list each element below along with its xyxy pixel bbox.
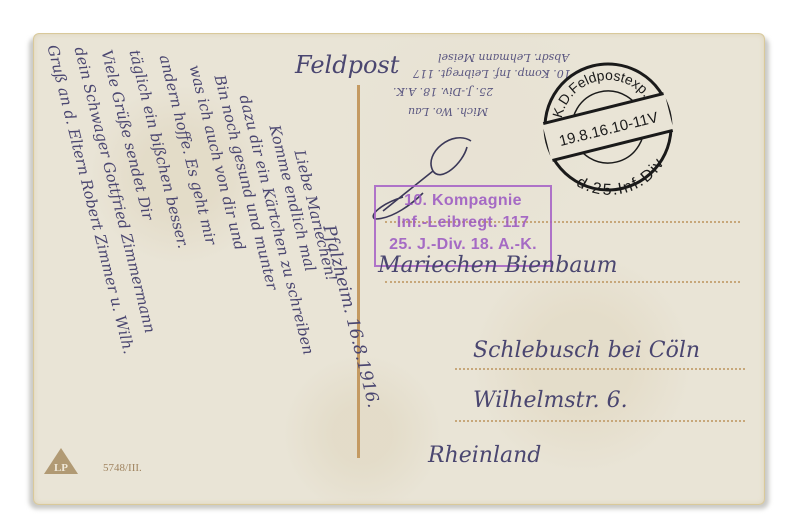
address-line-2 (385, 281, 740, 283)
postmark-stamp: K.D.Feldpostexp. 19.8.16.10-11V d.25.Inf… (539, 58, 677, 196)
recipient-name: Mariechen Bienbaum (378, 253, 618, 278)
postcard: Feldpost Absdr. Lehmann Meisel 10. Komp.… (33, 33, 765, 505)
recipient-region: Rheinland (428, 443, 541, 468)
recipient-town: Schlebusch bei Cöln (473, 338, 700, 363)
svg-text:d.25.Inf.Div: d.25.Inf.Div (571, 153, 673, 196)
recipient-street: Wilhelmstr. 6. (473, 388, 628, 413)
address-line-4 (455, 420, 745, 422)
sender-note-3: 25. J.-Div. 18. A.K. (393, 85, 493, 98)
feldpost-heading: Feldpost (295, 51, 399, 79)
publisher-number: 5748/III. (103, 462, 142, 474)
address-line-3 (455, 368, 745, 370)
sender-note-4: Mich. Wo. Lau (408, 105, 488, 118)
unit-stamp-line-2: Inf.-Leibregt. 117 (376, 212, 550, 234)
publisher-logo-icon: LP (43, 447, 79, 475)
card-divider-line (357, 85, 360, 458)
svg-text:LP: LP (54, 462, 68, 474)
unit-stamp-line-1: 10. Kompagnie (376, 190, 550, 212)
